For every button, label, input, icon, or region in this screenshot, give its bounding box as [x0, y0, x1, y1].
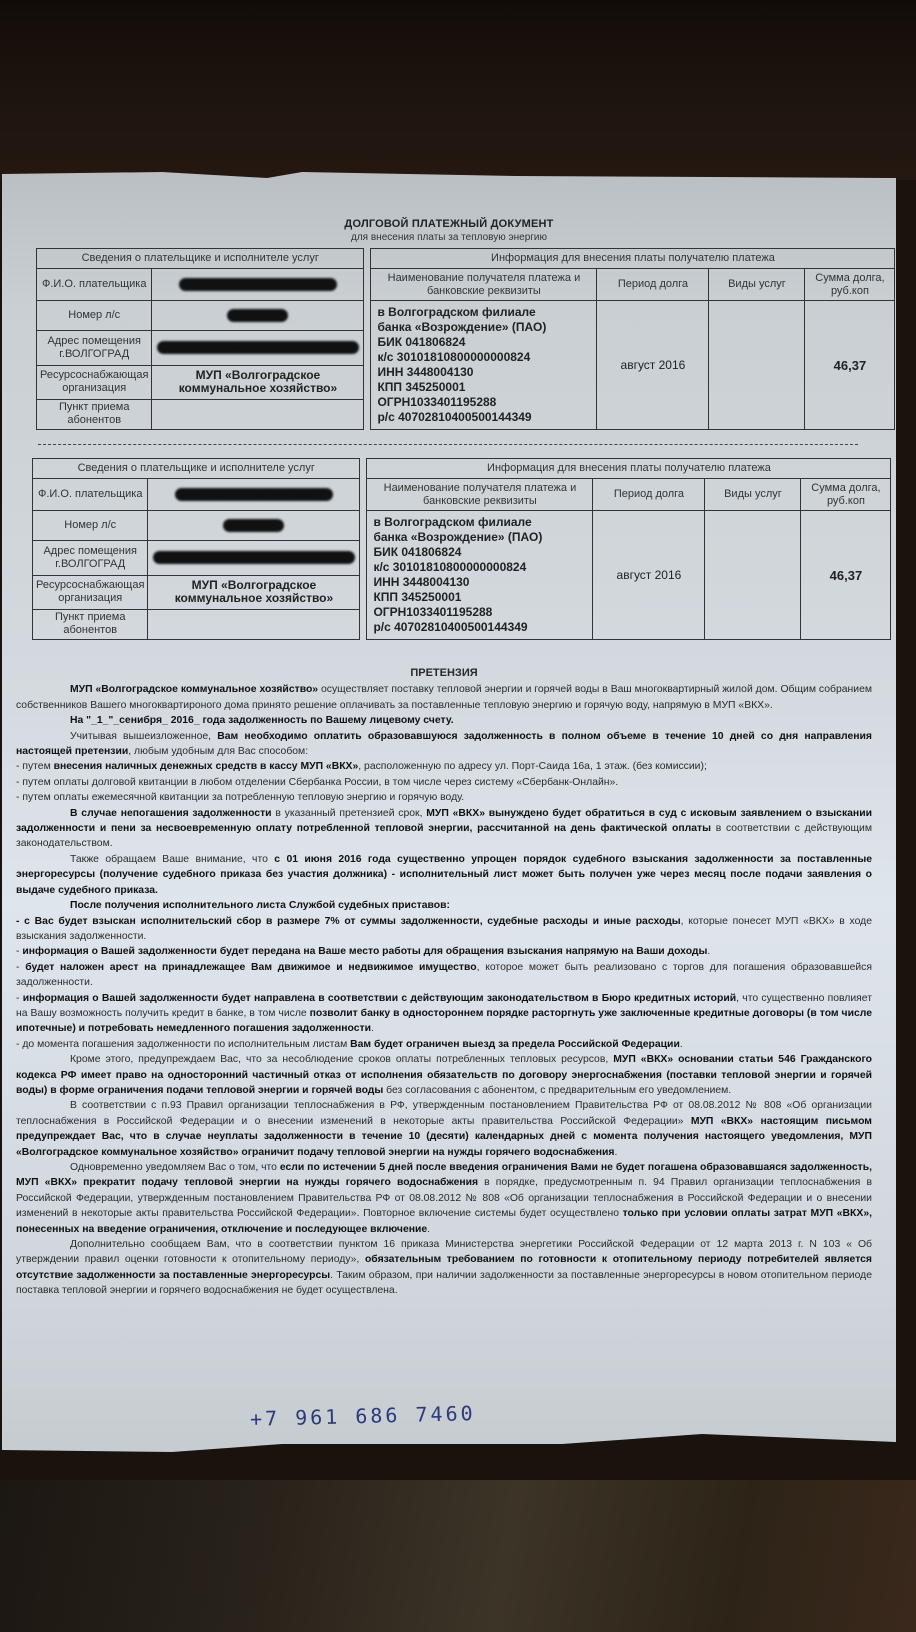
redaction-mark: [скрыто] ...тьяна Викторовна: [179, 278, 336, 291]
row-label-account: Номер л/с: [33, 511, 148, 541]
bank-detail-line: к/с 30101810800000000824: [377, 350, 590, 365]
col-period: Период долга: [593, 479, 705, 511]
col-services: Виды услуг: [705, 479, 801, 511]
row-label-supplier: Ресурсоснабжающая организация: [33, 575, 148, 609]
claim-paragraph: - путем внесения наличных денежных средс…: [16, 759, 872, 774]
supplier-organization: МУП «Волгоградское коммунальное хозяйств…: [152, 365, 364, 399]
debt-payment-document: ДОЛГОВОЙ ПЛАТЕЖНЫЙ ДОКУМЕНТ для внесения…: [2, 172, 896, 1502]
reception-point: [148, 609, 360, 639]
body-text: -: [16, 962, 25, 973]
bank-detail-line: к/с 30101810800000000824: [373, 560, 586, 575]
emphasis-text: Вам будет ограничен выезд за предела Рос…: [350, 1039, 680, 1050]
claim-paragraph: Кроме этого, предупреждаем Вас, что за н…: [16, 1052, 872, 1098]
body-text: .: [427, 1224, 430, 1235]
claim-paragraph: - путем оплаты долговой квитанции в любо…: [16, 775, 872, 790]
bank-detail-line: р/с 40702810400500144349: [377, 410, 590, 425]
premises-address: 400081, ул. Твардовского д.19 кв.106: [148, 541, 360, 575]
redaction-mark: 33957605: [227, 309, 288, 322]
bank-detail-line: в Волгоградском филиале: [373, 515, 586, 530]
row-label-reception: Пункт приема абонентов: [37, 399, 152, 429]
claim-paragraph: - информация о Вашей задолженности будет…: [16, 944, 872, 959]
claim-paragraph: - будет наложен арест на принадлежащее В…: [16, 960, 872, 991]
reception-point: [152, 399, 364, 429]
body-text: , расположенную по адресу ул. Порт-Саида…: [358, 761, 707, 772]
claim-paragraph: - путем оплаты ежемесячной квитанции за …: [16, 790, 872, 805]
emphasis-text: В случае непогашения задолженности: [70, 808, 272, 819]
payer-name: [скрыто] ...тьяна Викторовна: [152, 269, 364, 301]
redaction-mark: 33957605: [223, 519, 284, 532]
bank-detail-line: банка «Возрождение» (ПАО): [377, 320, 590, 335]
body-text: в указанный претензией срок,: [272, 808, 427, 819]
emphasis-text: После получения исполнительного листа Сл…: [70, 900, 450, 911]
body-text: .: [371, 1023, 374, 1034]
premises-address: 400081, ул. Твардовского д.19 кв.106: [152, 331, 364, 365]
background-table-surface: [0, 1480, 916, 1632]
debt-period: август 2016: [593, 511, 705, 640]
body-text: Также обращаем Ваше внимание, что: [70, 854, 274, 865]
claim-paragraph: В соответствии с п.93 Правил организации…: [16, 1098, 872, 1160]
debt-amount: 46,37: [801, 511, 891, 640]
payment-slip-lower: Сведения о плательщике и исполнителе усл…: [32, 458, 891, 640]
col-amount: Сумма долга, руб.коп: [805, 269, 895, 301]
payer-info-header: Сведения о плательщике и исполнителе усл…: [33, 459, 360, 479]
claim-paragraph: Также обращаем Ваше внимание, что с 01 и…: [16, 852, 872, 898]
debt-amount: 46,37: [805, 301, 895, 430]
row-label-reception: Пункт приема абонентов: [33, 609, 148, 639]
emphasis-text: внесения наличных денежных средств в кас…: [54, 761, 359, 772]
row-label-address: Адрес помещения г.ВОЛГОГРАД: [33, 541, 148, 575]
claim-paragraph: Одновременно уведомляем Вас о том, что е…: [16, 1160, 872, 1237]
col-amount: Сумма долга, руб.коп: [801, 479, 891, 511]
bank-detail-line: БИК 041806824: [377, 335, 590, 350]
cut-line: [38, 444, 858, 445]
row-label-address: Адрес помещения г.ВОЛГОГРАД: [37, 331, 152, 365]
supplier-organization: МУП «Волгоградское коммунальное хозяйств…: [148, 575, 360, 609]
body-text: .: [680, 1039, 683, 1050]
bank-detail-line: КПП 345250001: [377, 380, 590, 395]
payer-name: [скрыто] ...тьяна Викторовна: [148, 479, 360, 511]
emphasis-text: - с Вас будет взыскан исполнительский сб…: [16, 916, 681, 927]
background-top: [0, 0, 916, 180]
claim-paragraph: Дополнительно сообщаем Вам, что в соотве…: [16, 1237, 872, 1299]
row-label-account: Номер л/с: [37, 301, 152, 331]
redaction-mark: 400081, ул. Твардовского д.19 кв.106: [157, 341, 358, 354]
bank-detail-line: КПП 345250001: [373, 590, 586, 605]
handwritten-phone-number: +7 961 686 7460: [250, 1401, 476, 1431]
body-text: - до момента погашения задолженности по …: [16, 1039, 350, 1050]
claim-paragraph: - информация о Вашей задолженности будет…: [16, 991, 872, 1037]
emphasis-text: информация о Вашей задолженности будет н…: [23, 993, 736, 1004]
recipient-info-header: Информация для внесения платы получателю…: [371, 249, 895, 269]
body-text: Одновременно уведомляем Вас о том, что: [70, 1162, 280, 1173]
body-text: Кроме этого, предупреждаем Вас, что за н…: [70, 1054, 613, 1065]
redaction-mark: [скрыто] ...тьяна Викторовна: [175, 488, 332, 501]
recipient-info-header: Информация для внесения платы получателю…: [367, 459, 891, 479]
payment-slip-upper: Сведения о плательщике и исполнителе усл…: [36, 248, 895, 430]
body-text: без согласования с абонентом, с предвари…: [383, 1085, 731, 1096]
account-number: 33957605: [148, 511, 360, 541]
body-text: - путем оплаты долговой квитанции в любо…: [16, 777, 618, 788]
bank-detail-line: БИК 041806824: [373, 545, 586, 560]
col-recipient: Наименование получателя платежа и банков…: [371, 269, 597, 301]
bank-detail-line: р/с 40702810400500144349: [373, 620, 586, 635]
debt-period: август 2016: [597, 301, 709, 430]
redaction-mark: 400081, ул. Твардовского д.19 кв.106: [153, 551, 354, 564]
bank-detail-line: ИНН 3448004130: [377, 365, 590, 380]
document-title: ДОЛГОВОЙ ПЛАТЕЖНЫЙ ДОКУМЕНТ: [2, 218, 896, 230]
body-text: .: [707, 946, 710, 957]
service-types: [705, 511, 801, 640]
claim-paragraph: После получения исполнительного листа Сл…: [16, 898, 872, 913]
emphasis-text: информация о Вашей задолженности будет п…: [22, 946, 707, 957]
claim-body: МУП «Волгоградское коммунальное хозяйств…: [16, 682, 872, 1298]
bank-detail-line: ОГРН1033401195288: [373, 605, 586, 620]
row-label-name: Ф.И.О. плательщика: [33, 479, 148, 511]
claim-paragraph: - до момента погашения задолженности по …: [16, 1037, 872, 1052]
claim-paragraph: МУП «Волгоградское коммунальное хозяйств…: [16, 682, 872, 713]
col-period: Период долга: [597, 269, 709, 301]
claim-paragraph: - с Вас будет взыскан исполнительский сб…: [16, 914, 872, 945]
claim-paragraph: В случае непогашения задолженности в ука…: [16, 806, 872, 852]
emphasis-text: МУП «Волгоградское коммунальное хозяйств…: [70, 684, 318, 695]
body-text: .: [615, 1147, 618, 1158]
col-services: Виды услуг: [709, 269, 805, 301]
row-label-name: Ф.И.О. плательщика: [37, 269, 152, 301]
claim-section: ПРЕТЕНЗИЯ МУП «Волгоградское коммунально…: [16, 666, 872, 1299]
body-text: , любым удобным для Вас способом:: [128, 746, 308, 757]
bank-detail-line: ИНН 3448004130: [373, 575, 586, 590]
bank-details: в Волгоградском филиалебанка «Возрождени…: [367, 511, 593, 640]
document-subtitle: для внесения платы за тепловую энергию: [2, 232, 896, 243]
col-recipient: Наименование получателя платежа и банков…: [367, 479, 593, 511]
emphasis-text: На "_1_"_сенибря_ 2016_ года задолженнос…: [70, 715, 454, 726]
claim-title: ПРЕТЕНЗИЯ: [16, 666, 872, 681]
row-label-supplier: Ресурсоснабжающая организация: [37, 365, 152, 399]
claim-paragraph: Учитывая вышеизложенное, Вам необходимо …: [16, 729, 872, 760]
body-text: -: [16, 993, 23, 1004]
payer-info-header: Сведения о плательщике и исполнителе усл…: [37, 249, 364, 269]
bank-detail-line: ОГРН1033401195288: [377, 395, 590, 410]
body-text: - путем оплаты ежемесячной квитанции за …: [16, 792, 464, 803]
body-text: Учитывая вышеизложенное,: [70, 731, 217, 742]
service-types: [709, 301, 805, 430]
bank-details: в Волгоградском филиалебанка «Возрождени…: [371, 301, 597, 430]
bank-detail-line: банка «Возрождение» (ПАО): [373, 530, 586, 545]
body-text: - путем: [16, 761, 54, 772]
account-number: 33957605: [152, 301, 364, 331]
bank-detail-line: в Волгоградском филиале: [377, 305, 590, 320]
emphasis-text: будет наложен арест на принадлежащее Вам…: [25, 962, 476, 973]
claim-paragraph: На "_1_"_сенибря_ 2016_ года задолженнос…: [16, 713, 872, 728]
